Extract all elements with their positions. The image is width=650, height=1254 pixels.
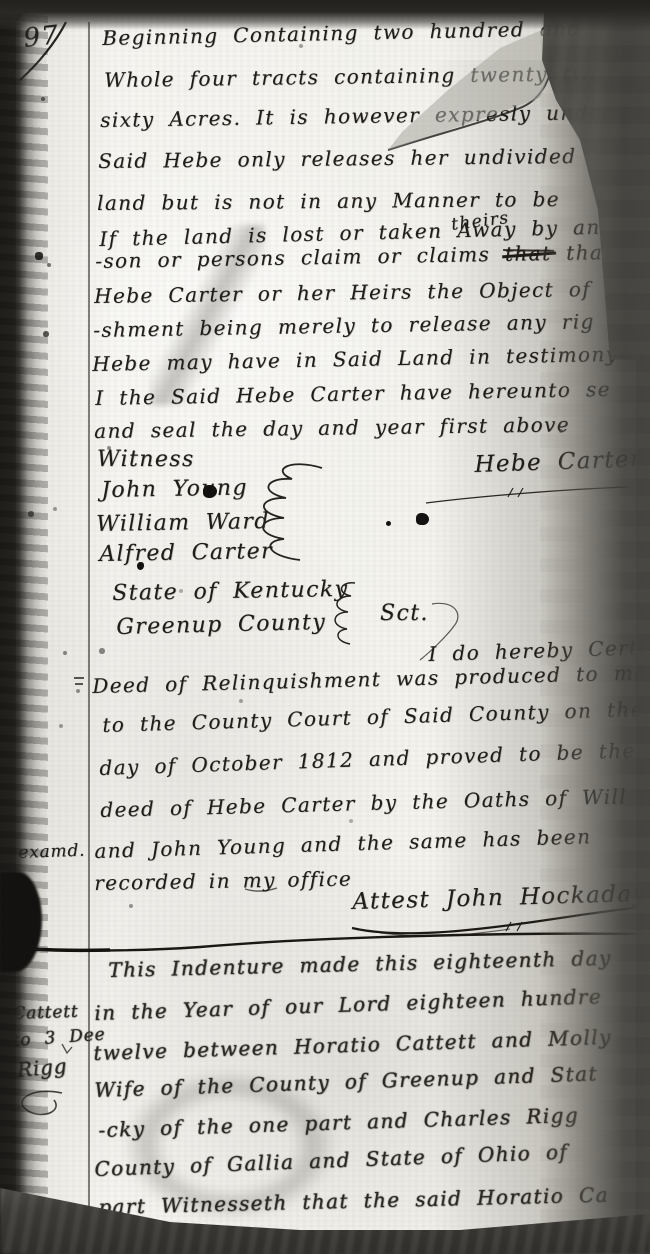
witness-name-2: William Ward: [96, 509, 270, 537]
margin-rule-line: [88, 22, 90, 1230]
certificate-state: State of Kentucky: [112, 577, 349, 606]
certificate-sct: Sct.: [380, 601, 429, 626]
scan-edge-left: [0, 0, 48, 1254]
certificate-line-7: recorded in my office: [94, 866, 352, 894]
certificate-county: Greenup County: [116, 610, 326, 640]
paper-specks: [0, 0, 2, 2]
deed-book-scan: 97 Beginning Containing two hundred and …: [0, 0, 650, 1254]
ink-blot-seal: [416, 513, 429, 525]
scan-edge-top: [0, 0, 650, 30]
witness-name-1: John Young: [101, 475, 248, 503]
relinquishment-line-4: Said Hebe only releases her undivided: [98, 144, 576, 173]
witness-label: Witness: [97, 447, 195, 472]
ink-dot-small: [386, 521, 391, 526]
witness-name-3: Alfred Carter: [99, 539, 273, 567]
scan-edge-right: [540, 0, 650, 1254]
